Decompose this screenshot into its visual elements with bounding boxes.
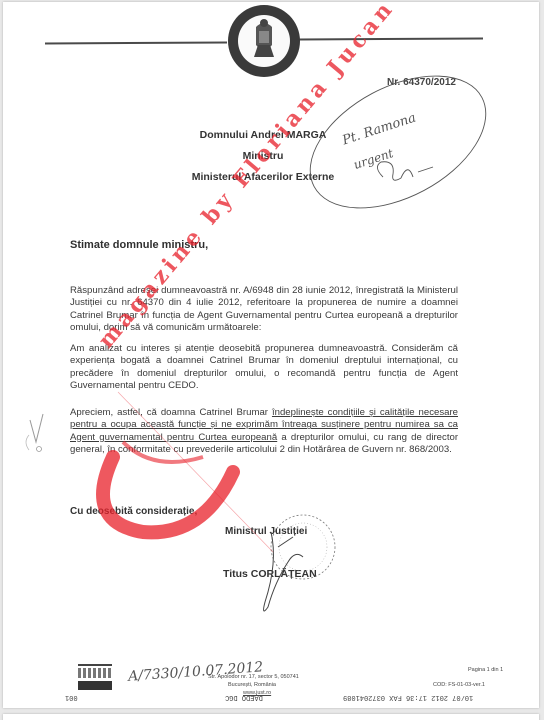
footer-logo <box>78 664 112 692</box>
header-rule-left <box>45 42 227 45</box>
document-page: Nr. 64370/2012 Domnului Andrei MARGA Min… <box>3 2 539 708</box>
fax-header-left: 10/07 2012 17:36 FAX 0372041089 <box>343 693 473 701</box>
closing: Cu deosebită considerație, <box>70 506 197 517</box>
signatory-title: Ministrul Justiției <box>225 526 307 537</box>
signatory-name: Titus CORLĂȚEAN <box>223 568 317 580</box>
fax-header-right: 001 <box>65 693 78 701</box>
handwritten-note-line1: Pt. Ramona <box>341 111 418 149</box>
margin-circle-icon <box>37 447 42 452</box>
fax-header-middle: DAEDO DGC <box>225 693 263 701</box>
footer-address-line2: București, România <box>228 682 276 688</box>
paragraph-3-start: Apreciem, astfel, că doamna Catrinel Bru… <box>70 407 272 418</box>
initials-scribble-icon <box>377 162 433 181</box>
watermark-swoosh-icon <box>103 457 233 532</box>
reference-number: Nr. 64370/2012 <box>387 77 456 88</box>
ministry-emblem-icon <box>228 5 300 77</box>
paragraph-2: Am analizat cu interes și atenție deoseb… <box>70 343 458 392</box>
footer-address-line1: Str. Apolodor nr. 17, sector 5, 050741 <box>208 674 299 680</box>
header-rule-right <box>299 38 483 41</box>
margin-checkmark-icon <box>30 414 43 442</box>
next-page-edge <box>3 714 539 720</box>
footer-form-code: COD: FS-01-03-ver.1 <box>433 682 485 688</box>
paragraph-3: Apreciem, astfel, că doamna Catrinel Bru… <box>70 407 458 456</box>
footer-page-number: Pagina 1 din 1 <box>468 667 503 673</box>
handwritten-registration: A/7330/10.07.2012 <box>128 659 264 684</box>
